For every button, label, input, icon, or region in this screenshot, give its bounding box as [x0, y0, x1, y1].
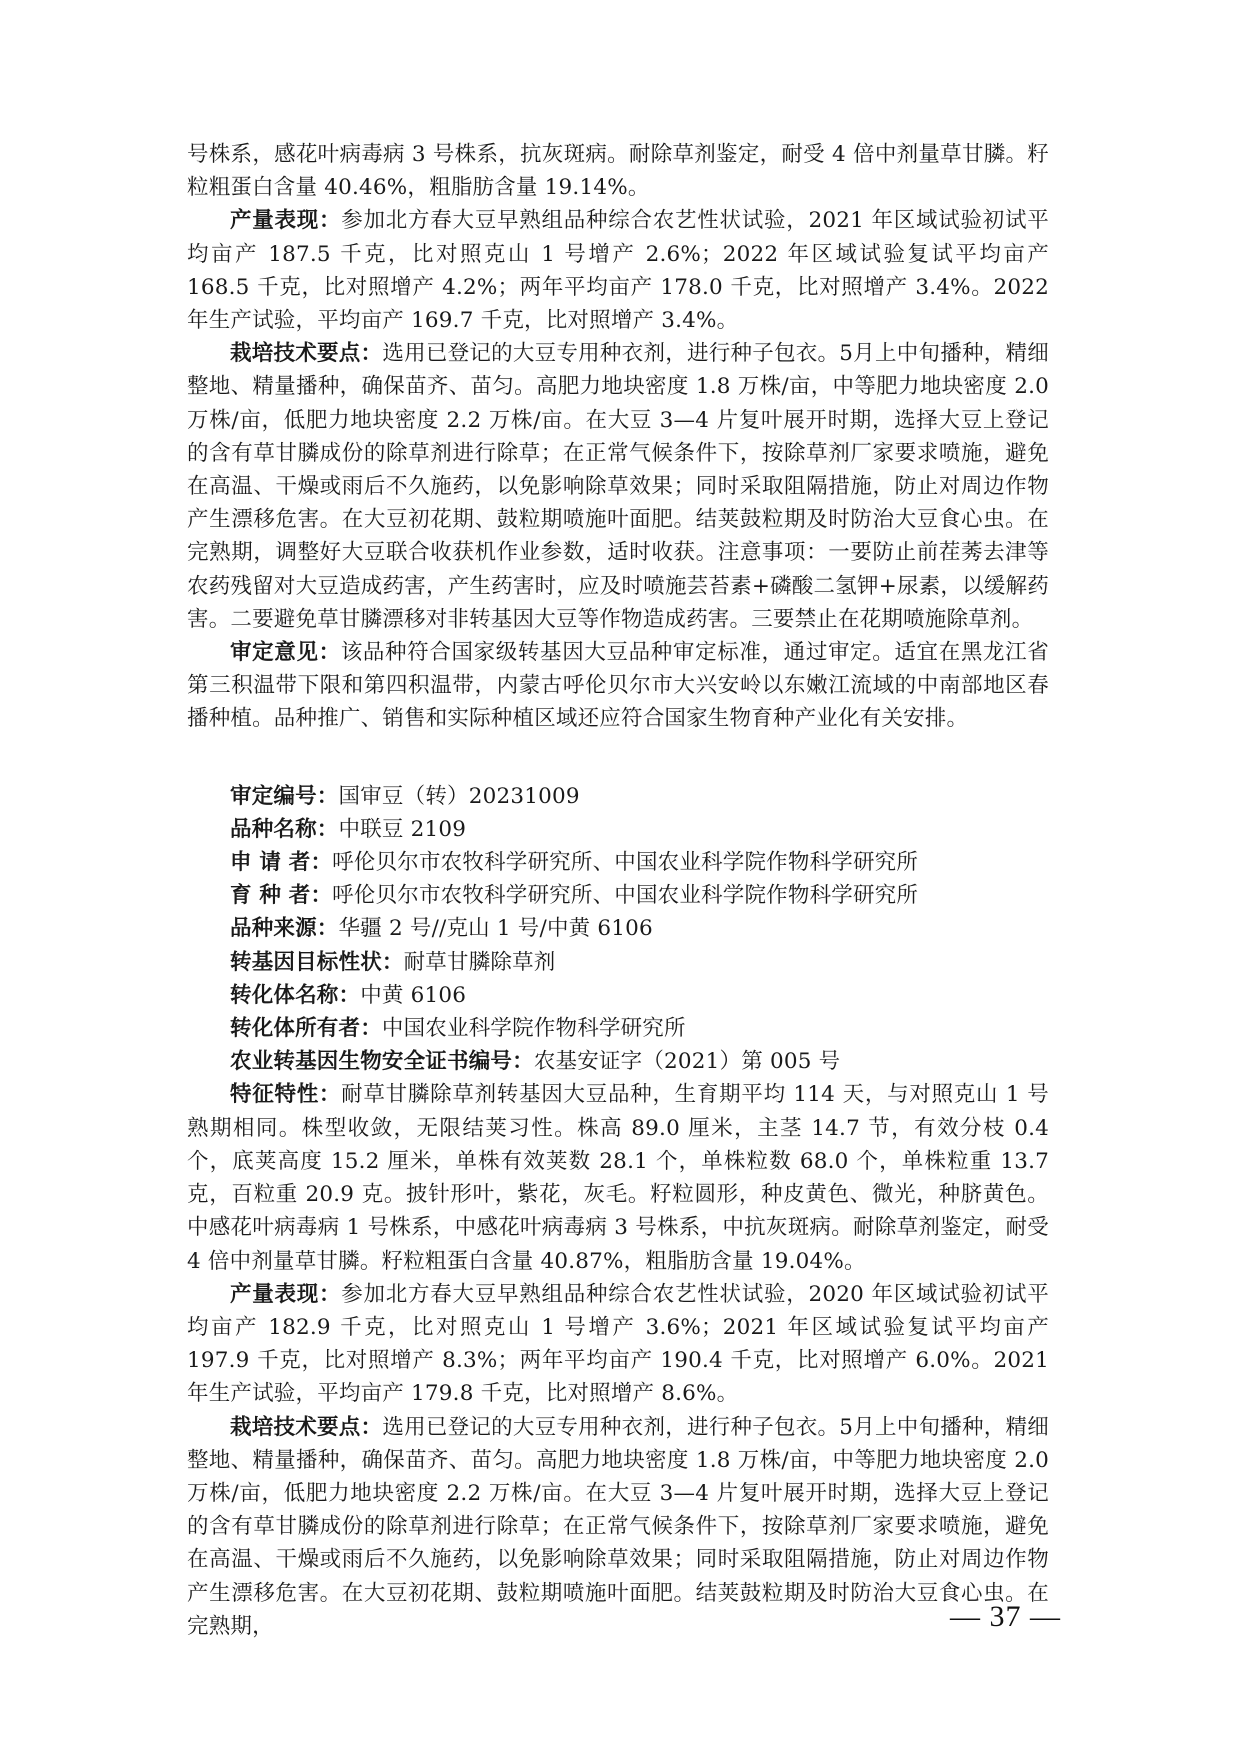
field-approval-number: 审定编号：国审豆（转）20231009 [187, 780, 1049, 813]
paragraph-opinion-1: 审定意见：该品种符合国家级转基因大豆品种审定标准，通过审定。适宜在黑龙江省第三积… [187, 636, 1049, 736]
field-value: 呼伦贝尔市农牧科学研究所、中国农业科学院作物科学研究所 [332, 850, 918, 875]
document-page: 号株系，感花叶病毒病 3 号株系，抗灰斑病。耐除草剂鉴定，耐受 4 倍中剂量草甘… [187, 138, 1049, 1643]
field-event-owner: 转化体所有者：中国农业科学院作物科学研究所 [187, 1012, 1049, 1045]
field-value: 中黄 6106 [360, 983, 466, 1008]
field-variety-source: 品种来源：华疆 2 号//克山 1 号/中黄 6106 [187, 912, 1049, 945]
field-value: 农基安证字（2021）第 005 号 [534, 1049, 841, 1074]
field-label: 育 种 者： [230, 883, 332, 908]
field-label: 品种名称： [230, 817, 339, 842]
field-variety-name: 品种名称：中联豆 2109 [187, 813, 1049, 846]
field-label: 审定编号： [230, 784, 339, 809]
traits-text: 耐草甘膦除草剂转基因大豆品种，生育期平均 114 天，与对照克山 1 号熟期相同… [187, 1082, 1049, 1273]
field-label: 农业转基因生物安全证书编号： [230, 1049, 534, 1074]
label-yield: 产量表现： [230, 208, 341, 233]
label-yield: 产量表现： [230, 1282, 341, 1307]
field-value: 中联豆 2109 [339, 817, 467, 842]
paragraph-cultivation-2: 栽培技术要点：选用已登记的大豆专用种衣剂，进行种子包衣。5月上中旬播种，精细整地… [187, 1411, 1049, 1643]
paragraph-yield-1: 产量表现：参加北方春大豆早熟组品种综合农艺性状试验，2021 年区域试验初试平均… [187, 204, 1049, 337]
field-label: 转基因目标性状： [230, 950, 404, 975]
section-gap [187, 736, 1049, 780]
label-cultivation: 栽培技术要点： [230, 341, 382, 366]
cultivation-text: 选用已登记的大豆专用种衣剂，进行种子包衣。5月上中旬播种，精细整地、精量播种，确… [187, 341, 1049, 632]
label-traits: 特征特性： [230, 1082, 341, 1107]
field-applicant: 申 请 者：呼伦贝尔市农牧科学研究所、中国农业科学院作物科学研究所 [187, 846, 1049, 879]
field-label: 品种来源： [230, 916, 339, 941]
cultivation-text: 选用已登记的大豆专用种衣剂，进行种子包衣。5月上中旬播种，精细整地、精量播种，确… [187, 1415, 1049, 1639]
label-opinion: 审定意见： [230, 640, 341, 665]
label-cultivation: 栽培技术要点： [230, 1415, 382, 1440]
field-value: 国审豆（转）20231009 [339, 784, 580, 809]
field-value: 呼伦贝尔市农牧科学研究所、中国农业科学院作物科学研究所 [332, 883, 918, 908]
field-target-trait: 转基因目标性状：耐草甘膦除草剂 [187, 946, 1049, 979]
field-value: 耐草甘膦除草剂 [404, 950, 556, 975]
field-value: 华疆 2 号//克山 1 号/中黄 6106 [339, 916, 653, 941]
field-label: 申 请 者： [230, 850, 332, 875]
field-safety-certificate: 农业转基因生物安全证书编号：农基安证字（2021）第 005 号 [187, 1045, 1049, 1078]
paragraph-cultivation-1: 栽培技术要点：选用已登记的大豆专用种衣剂，进行种子包衣。5月上中旬播种，精细整地… [187, 337, 1049, 636]
paragraph-traits-2: 特征特性：耐草甘膦除草剂转基因大豆品种，生育期平均 114 天，与对照克山 1 … [187, 1078, 1049, 1277]
field-label: 转化体所有者： [230, 1016, 382, 1041]
field-breeder: 育 种 者：呼伦贝尔市农牧科学研究所、中国农业科学院作物科学研究所 [187, 879, 1049, 912]
paragraph-yield-2: 产量表现：参加北方春大豆早熟组品种综合农艺性状试验，2020 年区域试验初试平均… [187, 1278, 1049, 1411]
page-number: — 37 — [950, 1600, 1061, 1634]
paragraph-continuation: 号株系，感花叶病毒病 3 号株系，抗灰斑病。耐除草剂鉴定，耐受 4 倍中剂量草甘… [187, 138, 1049, 204]
field-value: 中国农业科学院作物科学研究所 [382, 1016, 686, 1041]
field-label: 转化体名称： [230, 983, 360, 1008]
field-event-name: 转化体名称：中黄 6106 [187, 979, 1049, 1012]
